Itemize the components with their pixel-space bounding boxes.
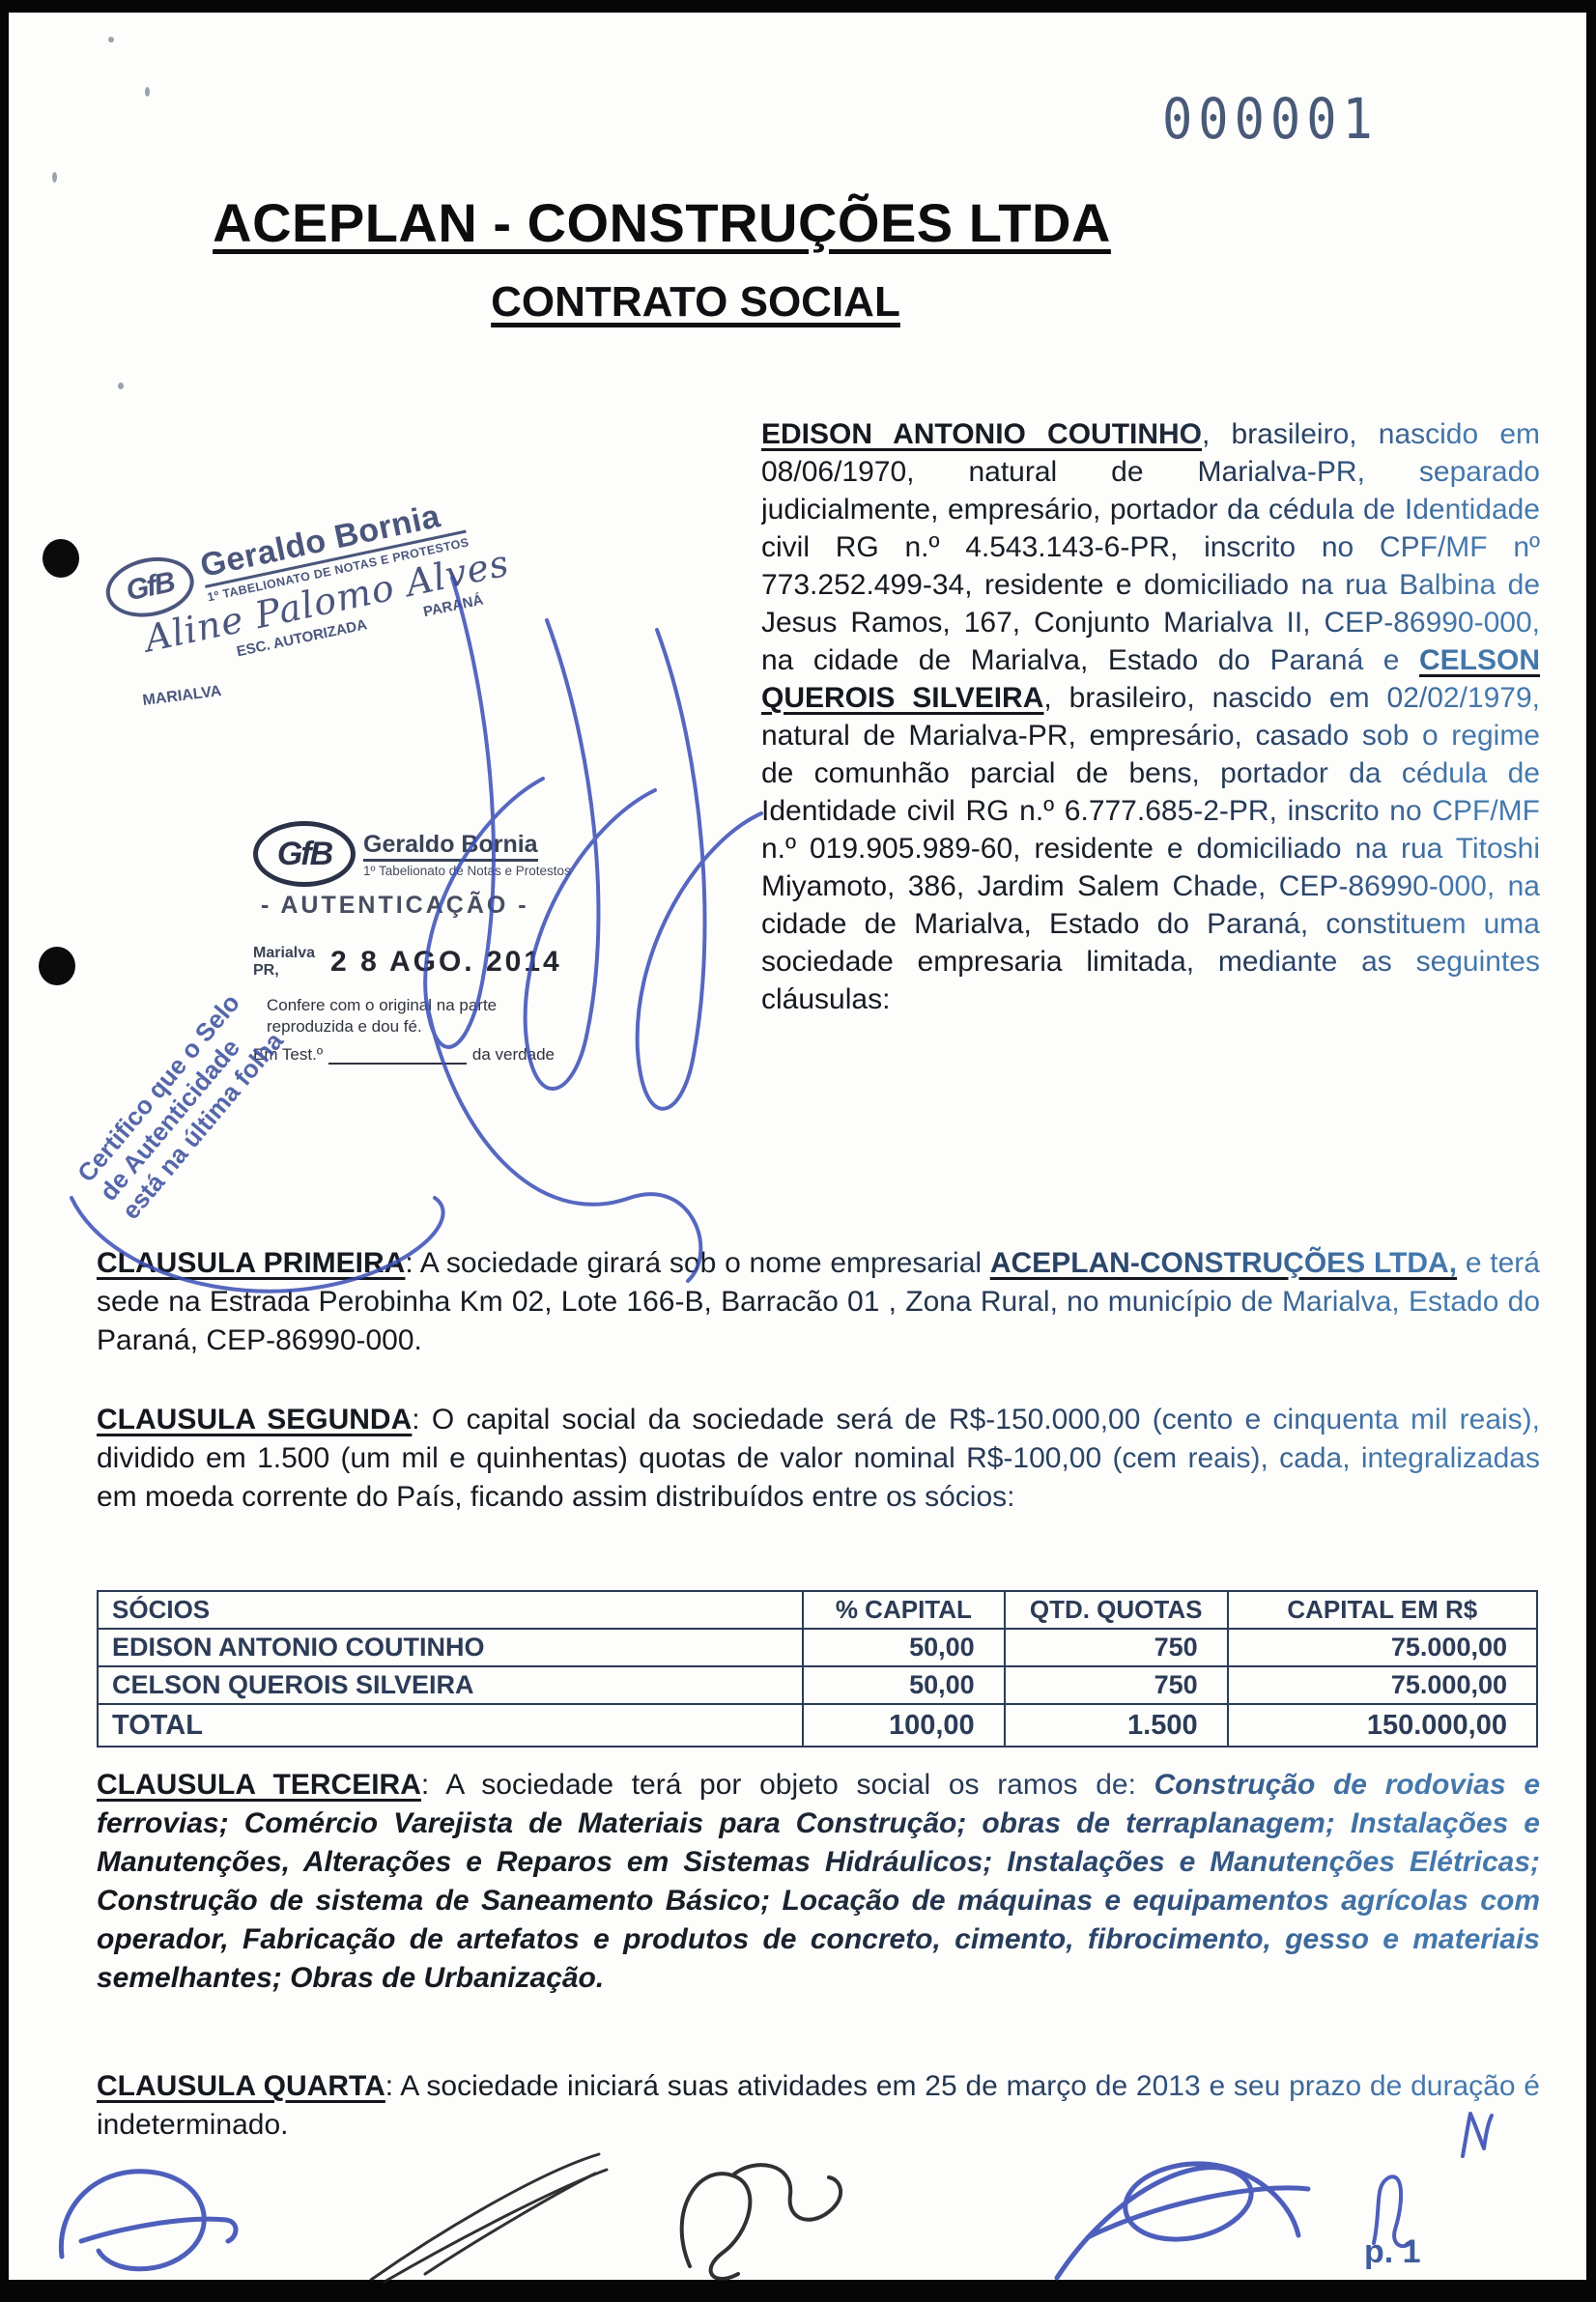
table-header-cell: QTD. QUOTAS bbox=[1005, 1591, 1228, 1629]
text-segment: , brasileiro, nascido em 02/02/1979, nat… bbox=[761, 682, 1540, 1015]
clause-segunda: CLAUSULA SEGUNDA: O capital social da so… bbox=[97, 1401, 1540, 1517]
partners-table-head: SÓCIOS% CAPITALQTD. QUOTASCAPITAL EM R$ bbox=[98, 1591, 1537, 1629]
partners-table: SÓCIOS% CAPITALQTD. QUOTASCAPITAL EM R$ … bbox=[97, 1590, 1538, 1748]
table-row: EDISON ANTONIO COUTINHO50,0075075.000,00 bbox=[98, 1629, 1537, 1666]
scan-border-left bbox=[0, 0, 9, 2302]
scan-speck bbox=[52, 172, 57, 183]
notary-name: Geraldo Bornia bbox=[363, 831, 538, 862]
table-header-cell: CAPITAL EM R$ bbox=[1228, 1591, 1537, 1629]
table-header-cell: % CAPITAL bbox=[803, 1591, 1005, 1629]
authentication-stamp: GfB Geraldo Bornia 1º Tabelionato de Not… bbox=[253, 821, 555, 1065]
bottom-signature-blue-right bbox=[1057, 2164, 1308, 2278]
table-row: CELSON QUEROIS SILVEIRA50,0075075.000,00 bbox=[98, 1666, 1537, 1704]
text-segment: CLAUSULA PRIMEIRA bbox=[97, 1247, 405, 1279]
authentication-label: - AUTENTICAÇÃO - bbox=[261, 892, 555, 920]
text-segment: CLAUSULA QUARTA bbox=[97, 2070, 385, 2102]
table-cell: 50,00 bbox=[803, 1629, 1005, 1666]
diagonal-note-line: de Autenticidade bbox=[94, 1007, 268, 1206]
notary-city: MARIALVA bbox=[142, 682, 231, 710]
table-cell: CELSON QUEROIS SILVEIRA bbox=[98, 1666, 803, 1704]
table-cell: 1.500 bbox=[1005, 1704, 1228, 1747]
bottom-signature-black-cursive bbox=[682, 2165, 841, 2279]
scanned-contract-page: 000001 ACEPLAN - CONSTRUÇÕES LTDA CONTRA… bbox=[0, 0, 1596, 2302]
text-segment: , brasileiro, nascido em 08/06/1970, nat… bbox=[761, 418, 1540, 676]
scan-border-top bbox=[0, 0, 1596, 13]
stamp-date: 2 8 AGO. 2014 bbox=[330, 946, 562, 979]
table-cell: 100,00 bbox=[803, 1704, 1005, 1747]
document-subtitle: CONTRATO SOCIAL bbox=[135, 278, 1256, 327]
table-cell: 50,00 bbox=[803, 1666, 1005, 1704]
table-cell: 75.000,00 bbox=[1228, 1629, 1537, 1666]
partners-table-body: EDISON ANTONIO COUTINHO50,0075075.000,00… bbox=[98, 1629, 1537, 1747]
table-cell: 750 bbox=[1005, 1629, 1228, 1666]
clause-terceira: CLAUSULA TERCEIRA: A sociedade terá por … bbox=[97, 1766, 1540, 1998]
document-title: ACEPLAN - CONSTRUÇÕES LTDA bbox=[135, 191, 1188, 254]
table-cell: TOTAL bbox=[98, 1704, 803, 1747]
table-cell: 75.000,00 bbox=[1228, 1666, 1537, 1704]
bottom-signature-black-slashes bbox=[371, 2154, 607, 2282]
blank-fill-line bbox=[328, 1049, 467, 1065]
text-segment: ACEPLAN-CONSTRUÇÕES LTDA, bbox=[990, 1247, 1457, 1279]
diagonal-certification-note: Certifico que o Selo de Autenticidade es… bbox=[71, 988, 290, 1225]
notary-logo-oval: GfB bbox=[253, 821, 356, 887]
scan-border-bottom bbox=[0, 2280, 1596, 2302]
table-cell: 750 bbox=[1005, 1666, 1228, 1704]
stamped-page-number: 000001 bbox=[1162, 87, 1379, 152]
page-number-label: p. 1 bbox=[1364, 2233, 1421, 2271]
stamp-note-line2: reproduzida e dou fé. bbox=[267, 1016, 555, 1037]
bottom-signature-blue-left bbox=[61, 2172, 236, 2269]
stamp-note-line1: Confere com o original na parte bbox=[267, 995, 555, 1016]
stamp-city: Marialva bbox=[253, 945, 315, 962]
table-cell: 150.000,00 bbox=[1228, 1704, 1537, 1747]
stamp-uf: PR, bbox=[253, 962, 315, 980]
hole-punch bbox=[43, 539, 79, 578]
scan-speck bbox=[145, 87, 150, 97]
clause-primeira: CLAUSULA PRIMEIRA: A sociedade girará so… bbox=[97, 1244, 1540, 1360]
notary-office-stamp: GfB Geraldo Bornia 1º TABELIONATO DE NOT… bbox=[100, 490, 500, 717]
notary-office-line: 1º Tabelionato de Notas e Protestos bbox=[363, 864, 571, 878]
table-cell: EDISON ANTONIO COUTINHO bbox=[98, 1629, 803, 1666]
clause-quarta: CLAUSULA QUARTA: A sociedade iniciará su… bbox=[97, 2067, 1540, 2145]
parties-paragraph: EDISON ANTONIO COUTINHO, brasileiro, nas… bbox=[761, 415, 1540, 1018]
text-segment: Construção de rodovias e ferrovias; Comé… bbox=[97, 1769, 1540, 1994]
text-segment: : A sociedade terá por objeto social os … bbox=[421, 1769, 1154, 1801]
hole-punch bbox=[39, 947, 75, 985]
stamp-witness-suffix: da verdade bbox=[472, 1045, 555, 1065]
table-header-cell: SÓCIOS bbox=[98, 1591, 803, 1629]
scan-border-right bbox=[1586, 0, 1596, 2302]
text-segment: CLAUSULA SEGUNDA bbox=[97, 1404, 412, 1435]
table-row: TOTAL100,001.500150.000,00 bbox=[98, 1704, 1537, 1747]
text-segment: EDISON ANTONIO COUTINHO bbox=[761, 418, 1202, 450]
scan-speck bbox=[108, 37, 114, 43]
scan-speck bbox=[118, 383, 124, 389]
table-header-row: SÓCIOS% CAPITALQTD. QUOTASCAPITAL EM R$ bbox=[98, 1591, 1537, 1629]
text-segment: CLAUSULA TERCEIRA bbox=[97, 1769, 421, 1801]
text-segment: : A sociedade girará sob o nome empresar… bbox=[405, 1247, 990, 1279]
